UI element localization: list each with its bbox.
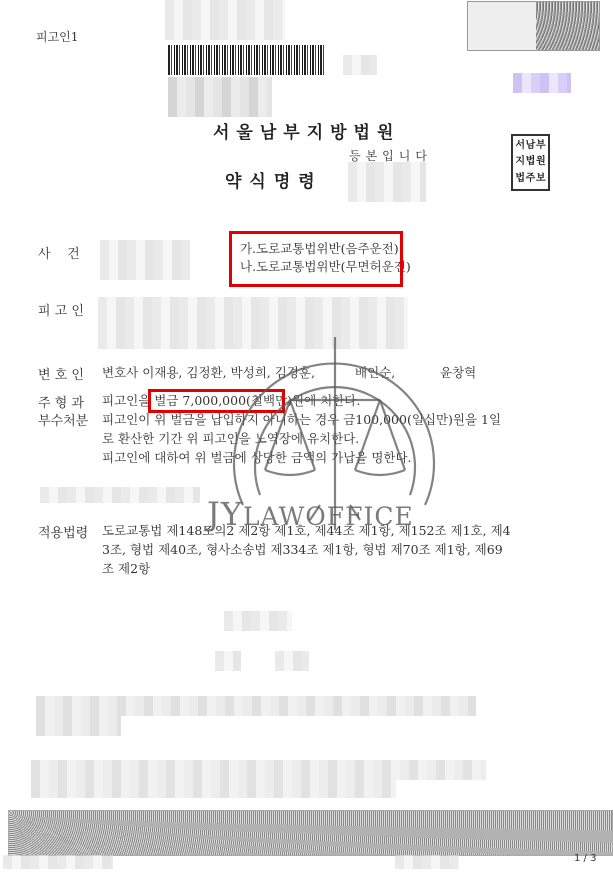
sentence-line-4: 피고인에 대하여 위 벌금에 상당한 금액의 가납을 명한다.	[102, 448, 412, 467]
redacted-issuer	[348, 162, 426, 202]
redacted-mark	[513, 73, 571, 93]
counsel-label: 변 호 인	[38, 364, 84, 383]
defendant-label: 피 고 인	[38, 300, 84, 319]
redacted-address	[168, 77, 272, 117]
counsel-names: 변호사 이재용, 김정환, 박성희, 김경훈,	[102, 363, 315, 382]
sentence-suffix: 에 처한다.	[304, 393, 360, 408]
court-name: 서울남부지방법원	[213, 118, 400, 143]
court-seal: 서 남 부 지 법 원 법 주 보	[511, 134, 550, 191]
redacted-footer-left	[3, 855, 113, 869]
redacted-header-info	[165, 0, 285, 40]
applicable-law-line-3: 조 제2항	[102, 559, 150, 578]
sentence-line-2: 피고인이 위 벌금을 납입하지 아니하는 경우 금100,000(일십만)원을 …	[102, 410, 501, 429]
redacted-case-number	[100, 240, 190, 280]
applicable-law-label: 적용법령	[38, 522, 88, 541]
security-stamp	[467, 1, 600, 51]
redacted-section	[40, 487, 200, 503]
barcode	[168, 45, 325, 75]
counsel-name-yoon: 윤창혁	[440, 363, 476, 382]
defendant-copy-label: 피고인1	[36, 28, 78, 45]
redacted-code	[343, 55, 377, 75]
redacted-judge-title	[215, 651, 241, 671]
redacted-footer-text	[31, 760, 486, 780]
redacted-footer-right	[395, 855, 459, 869]
redacted-notice-2	[36, 716, 121, 736]
redacted-judge-name	[275, 651, 309, 671]
applicable-law-line-2: 3조, 형법 제40조, 형사소송법 제334조 제1항, 형법 제70조 제1…	[102, 540, 503, 559]
law-office-watermark: JYLAWOFFICE	[207, 495, 414, 533]
page-indicator: 1 / 3	[574, 853, 596, 864]
redacted-date	[224, 611, 292, 631]
document-title: 약식명령	[225, 167, 323, 192]
redacted-footer-text-2	[31, 780, 396, 798]
security-pattern-band	[8, 810, 613, 856]
sentence-label-line1: 주 형 과	[38, 392, 84, 411]
case-label: 사 건	[38, 243, 80, 262]
redacted-defendant-info	[98, 297, 408, 349]
sentence-prefix: 피고인을	[102, 393, 150, 408]
counsel-name-bae: 배인순,	[355, 363, 395, 382]
sentence-line-3: 로 환산한 기간 위 피고인을 노역장에 유치한다.	[102, 429, 359, 448]
redacted-notice	[36, 696, 476, 716]
sentence-label-line2: 부수처분	[38, 410, 88, 429]
charges-highlight-box	[229, 231, 403, 287]
